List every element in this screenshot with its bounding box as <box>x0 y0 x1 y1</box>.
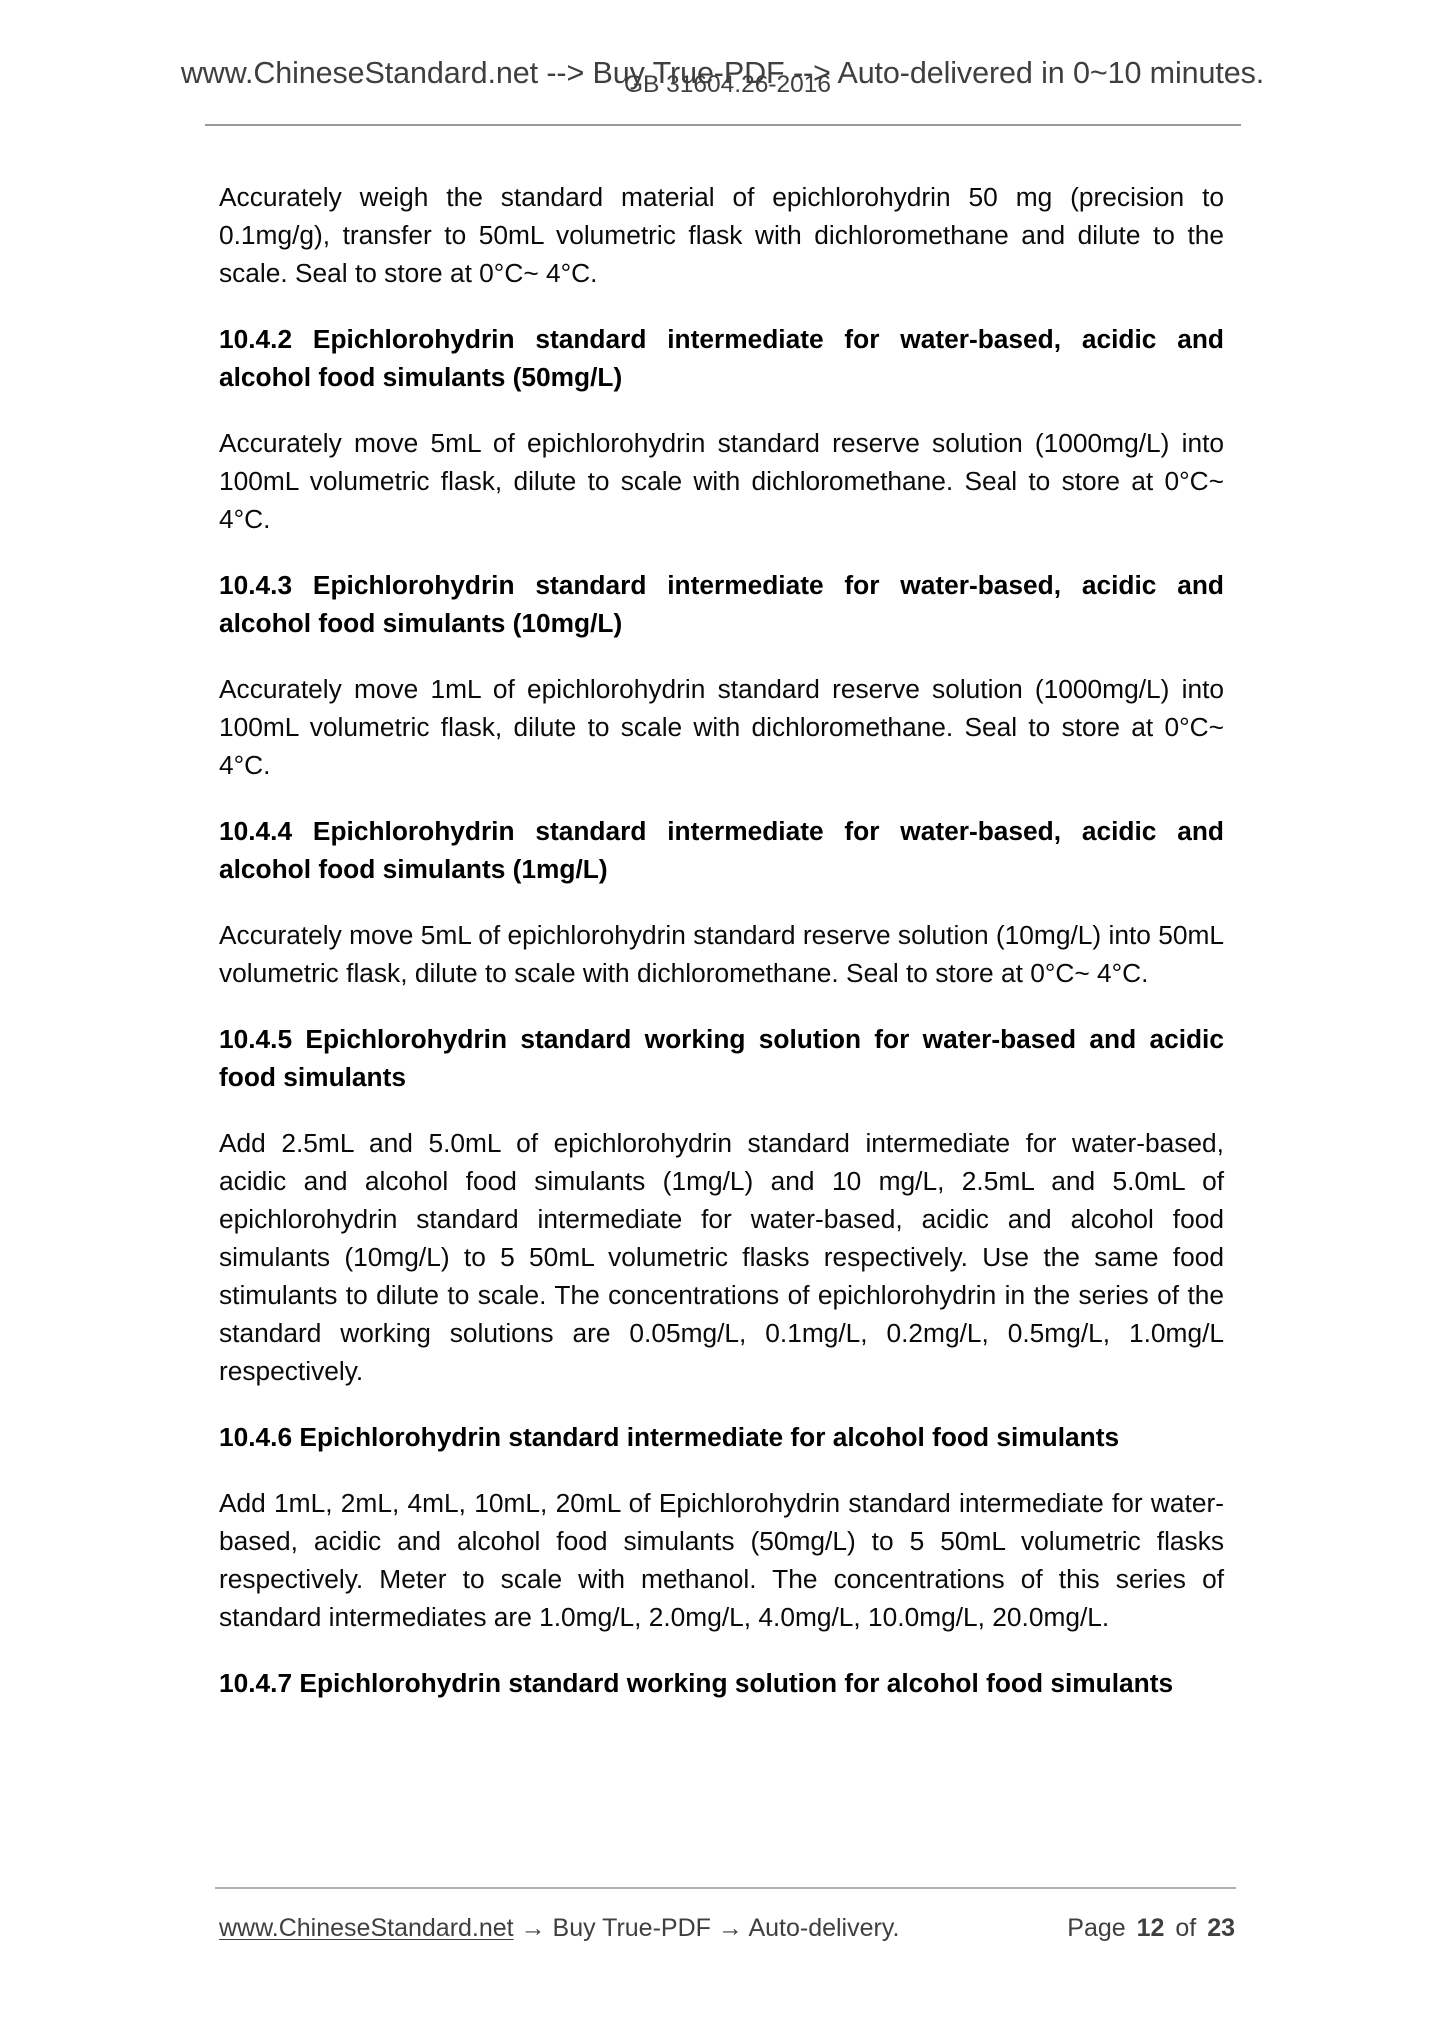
heading-10-4-3: 10.4.3 Epichlorohydrin standard intermed… <box>219 566 1224 642</box>
paragraph-10-4-2-body: Accurately move 5mL of epichlorohydrin s… <box>219 424 1224 538</box>
paragraph-10-4-3-body: Accurately move 1mL of epichlorohydrin s… <box>219 670 1224 784</box>
paragraph-10-4-6-body: Add 1mL, 2mL, 4mL, 10mL, 20mL of Epichlo… <box>219 1484 1224 1636</box>
standard-code: GB 31604.26-2016 <box>0 71 1445 99</box>
document-body: Accurately weigh the standard material o… <box>219 178 1224 1702</box>
footer-divider <box>215 1887 1236 1889</box>
page-of-label: of <box>1175 1914 1196 1942</box>
heading-10-4-2: 10.4.2 Epichlorohydrin standard intermed… <box>219 320 1224 396</box>
heading-10-4-7: 10.4.7 Epichlorohydrin standard working … <box>219 1664 1224 1702</box>
page-footer: www.ChineseStandard.net → Buy True-PDF →… <box>219 1914 1235 1950</box>
paragraph-10-4-5-body: Add 2.5mL and 5.0mL of epichlorohydrin s… <box>219 1124 1224 1390</box>
arrow-right-icon: → <box>521 1914 546 1942</box>
page-total: 23 <box>1207 1914 1235 1942</box>
page-label: Page <box>1067 1914 1125 1942</box>
paragraph-10-4-1-body: Accurately weigh the standard material o… <box>219 178 1224 292</box>
page-indicator: Page 12 of 23 <box>1067 1914 1235 1943</box>
footer-delivery-text: Auto-delivery. <box>748 1914 899 1942</box>
header-divider <box>205 124 1241 126</box>
footer-buy-text: Buy True-PDF <box>553 1914 711 1942</box>
heading-10-4-4: 10.4.4 Epichlorohydrin standard intermed… <box>219 812 1224 888</box>
footer-site-link[interactable]: www.ChineseStandard.net <box>219 1914 514 1942</box>
heading-10-4-5: 10.4.5 Epichlorohydrin standard working … <box>219 1020 1224 1096</box>
footer-promo: www.ChineseStandard.net → Buy True-PDF →… <box>219 1914 899 1943</box>
arrow-right-icon: → <box>718 1914 743 1942</box>
heading-10-4-6: 10.4.6 Epichlorohydrin standard intermed… <box>219 1418 1224 1456</box>
page-current: 12 <box>1137 1914 1165 1942</box>
paragraph-10-4-4-body: Accurately move 5mL of epichlorohydrin s… <box>219 916 1224 992</box>
page-header: www.ChineseStandard.net --> Buy True-PDF… <box>0 56 1445 100</box>
